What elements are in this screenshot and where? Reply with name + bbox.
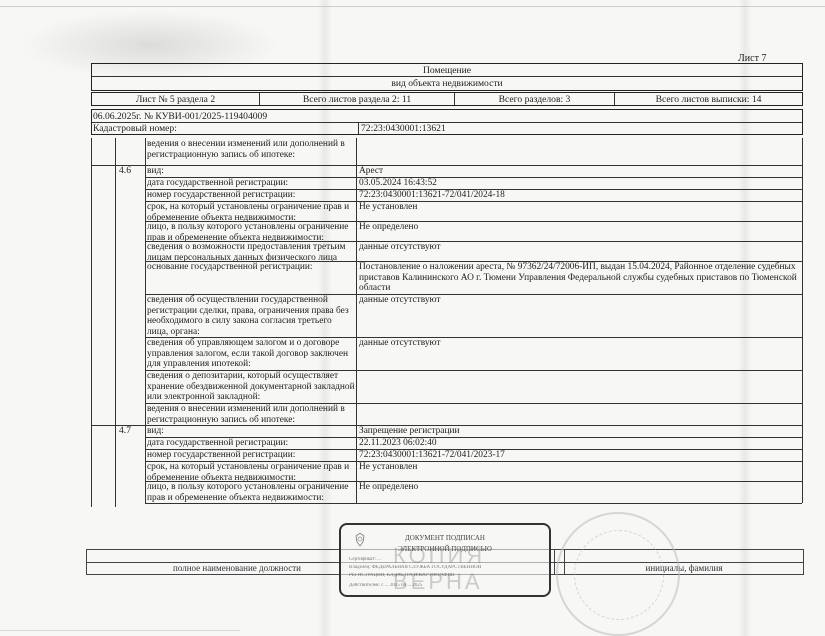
stamp-owner: Владелец: ФЕДЕРАЛЬНАЯ СЛУЖБА ГОСУДАРСТВЕ… (349, 565, 545, 570)
cadastral-number: 72:23:0430001:13621 (361, 123, 761, 134)
row-value: Не определено (359, 222, 801, 233)
row-label: сведения об осуществлении государственно… (147, 295, 355, 337)
statement-reference: 06.06.2025г. № КУВИ-001/2025-119404009 (93, 111, 793, 122)
row-label: номер государственной регистрации: (147, 450, 355, 461)
row-value: Запрещение регистрации (359, 426, 801, 437)
official-seal (556, 512, 680, 636)
object-type-box: Помещение вид объекта недвижимости (91, 63, 803, 91)
row-label: лицо, в пользу которого установлены огра… (147, 482, 355, 503)
sheet-of-section: Лист № 5 раздела 2 (92, 94, 259, 105)
row-value: 22.11.2023 06:02:40 (359, 438, 801, 449)
row-label: дата государственной регистрации: (147, 438, 355, 449)
stamp-owner-cont: РЕГИСТРАЦИИ, КАДАСТРА И КАРТОГРАФИИ (349, 573, 545, 578)
row-label: дата государственной регистрации: (147, 178, 355, 189)
row-value: Не установлен (359, 202, 801, 213)
page-top-edge (0, 6, 825, 7)
row-label: номер государственной регистрации: (147, 190, 355, 201)
cadastral-label: Кадастровый номер: (93, 123, 353, 134)
row-label: срок, на который установлены ограничение… (147, 202, 355, 223)
row-value: Не установлен (359, 462, 801, 473)
row-label: вид: (147, 426, 355, 437)
row-value: данные отсутствуют (359, 338, 801, 349)
stamp-validity: Действителен: с ... 2025 по ... 2025 (349, 583, 545, 588)
electronic-signature-stamp: ДОКУМЕНТ ПОДПИСАН ЭЛЕКТРОННОЙ ПОДПИСЬЮ К… (339, 523, 551, 597)
row-label: основание государственной регистрации: (147, 262, 355, 273)
row-label: ведения о внесении изменений или дополне… (147, 404, 355, 425)
statement-sheets-total: Всего листов выписки: 14 (615, 94, 802, 105)
row-value: Не определено (359, 482, 801, 493)
row-value: данные отсутствуют (359, 242, 801, 253)
sheet-info-row: Лист № 5 раздела 2 Всего листов раздела … (91, 92, 803, 106)
row-label: вид: (147, 166, 355, 177)
stamp-certificate: Сертификат: ... (349, 557, 545, 562)
row-value: данные отсутствуют (359, 295, 801, 306)
row-value: 72:23:0430001:13621-72/041/2023-17 (359, 450, 801, 461)
row-value: 72:23:0430001:13621-72/041/2024-18 (359, 190, 801, 201)
row-label: сведения о возможности предоставления тр… (147, 242, 355, 263)
record-number: 4.7 (119, 426, 143, 437)
object-type-caption: вид объекта недвижимости (92, 78, 802, 89)
sections-total: Всего разделов: 3 (455, 94, 614, 105)
row-label: ведения о внесении изменений или дополне… (147, 139, 355, 160)
row-label: срок, на который установлены ограничение… (147, 462, 355, 483)
row-label: лицо, в пользу которого установлены огра… (147, 222, 355, 243)
row-label: сведения о депозитарии, который осуществ… (147, 371, 355, 403)
statement-box: 06.06.2025г. № КУВИ-001/2025-119404009 К… (91, 109, 803, 135)
page-bottom-edge (0, 630, 240, 631)
section-sheets-total: Всего листов раздела 2: 11 (260, 94, 454, 105)
record-number: 4.6 (119, 166, 143, 177)
row-value: Постановление о наложении ареста, № 9736… (359, 262, 801, 294)
row-value: 03.05.2024 16:43:52 (359, 178, 801, 189)
row-value: Арест (359, 166, 801, 177)
object-type: Помещение (92, 65, 802, 76)
row-label: сведения об управляющем залогом и о дого… (147, 338, 355, 370)
stamp-title: ДОКУМЕНТ ПОДПИСАН (341, 534, 549, 542)
